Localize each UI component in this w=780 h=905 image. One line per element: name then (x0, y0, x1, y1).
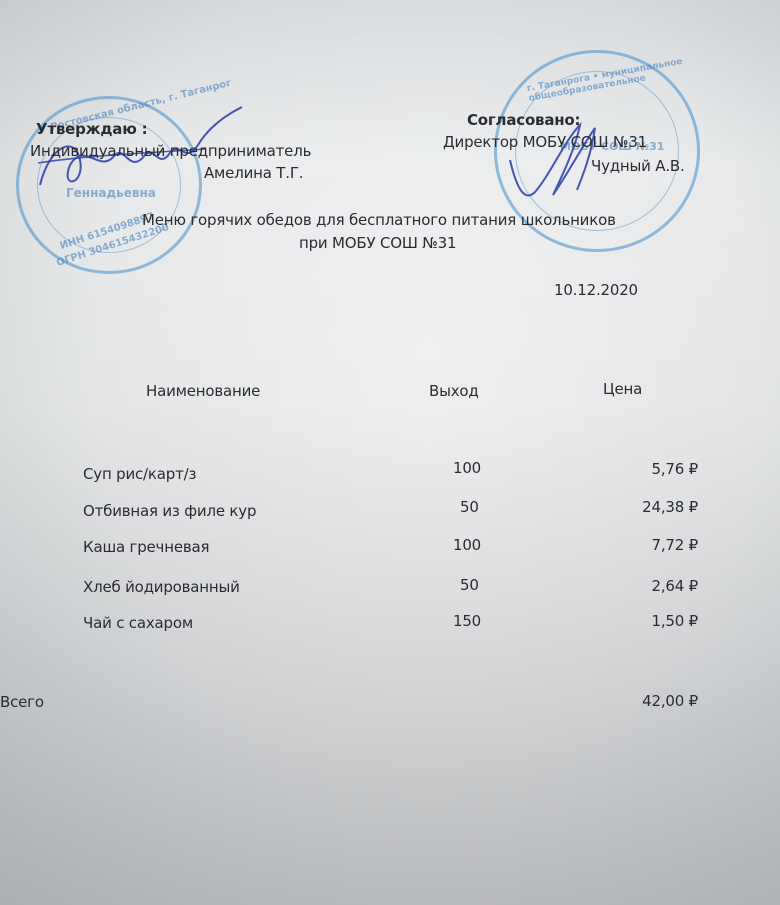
row-name: Отбивная из филе кур (83, 502, 256, 520)
row-price: 7,72 ₽ (651, 536, 698, 554)
agree-name: Чудный А.В. (591, 157, 685, 175)
total-label: Всего (0, 693, 44, 711)
approve-heading: Утверждаю : (36, 120, 147, 138)
approve-name: Амелина Т.Г. (204, 164, 303, 182)
row-name: Чай с сахаром (83, 614, 193, 632)
document-date: 10.12.2020 (554, 281, 638, 299)
row-name: Суп рис/карт/з (83, 465, 196, 483)
row-yield: 100 (453, 459, 481, 477)
row-price: 5,76 ₽ (651, 460, 698, 478)
row-yield: 100 (453, 536, 481, 554)
agree-role: Директор МОБУ СОШ №31 (443, 133, 647, 151)
header-name: Наименование (146, 382, 260, 400)
row-yield: 150 (453, 612, 481, 630)
row-price: 2,64 ₽ (651, 577, 698, 595)
row-price: 1,50 ₽ (651, 612, 698, 630)
agree-heading: Согласовано: (467, 111, 580, 129)
row-price: 24,38 ₽ (642, 498, 698, 516)
header-price: Цена (603, 380, 642, 398)
approve-role: Индивидуальный предприниматель (30, 142, 311, 160)
total-value: 42,00 ₽ (642, 692, 698, 710)
row-yield: 50 (460, 498, 479, 516)
row-name: Каша гречневая (83, 538, 209, 556)
document-title-line1: Меню горячих обедов для бесплатного пита… (142, 211, 616, 229)
header-yield: Выход (429, 382, 479, 400)
row-name: Хлеб йодированный (83, 578, 240, 596)
row-yield: 50 (460, 576, 479, 594)
document-title-line2: при МОБУ СОШ №31 (299, 234, 456, 252)
